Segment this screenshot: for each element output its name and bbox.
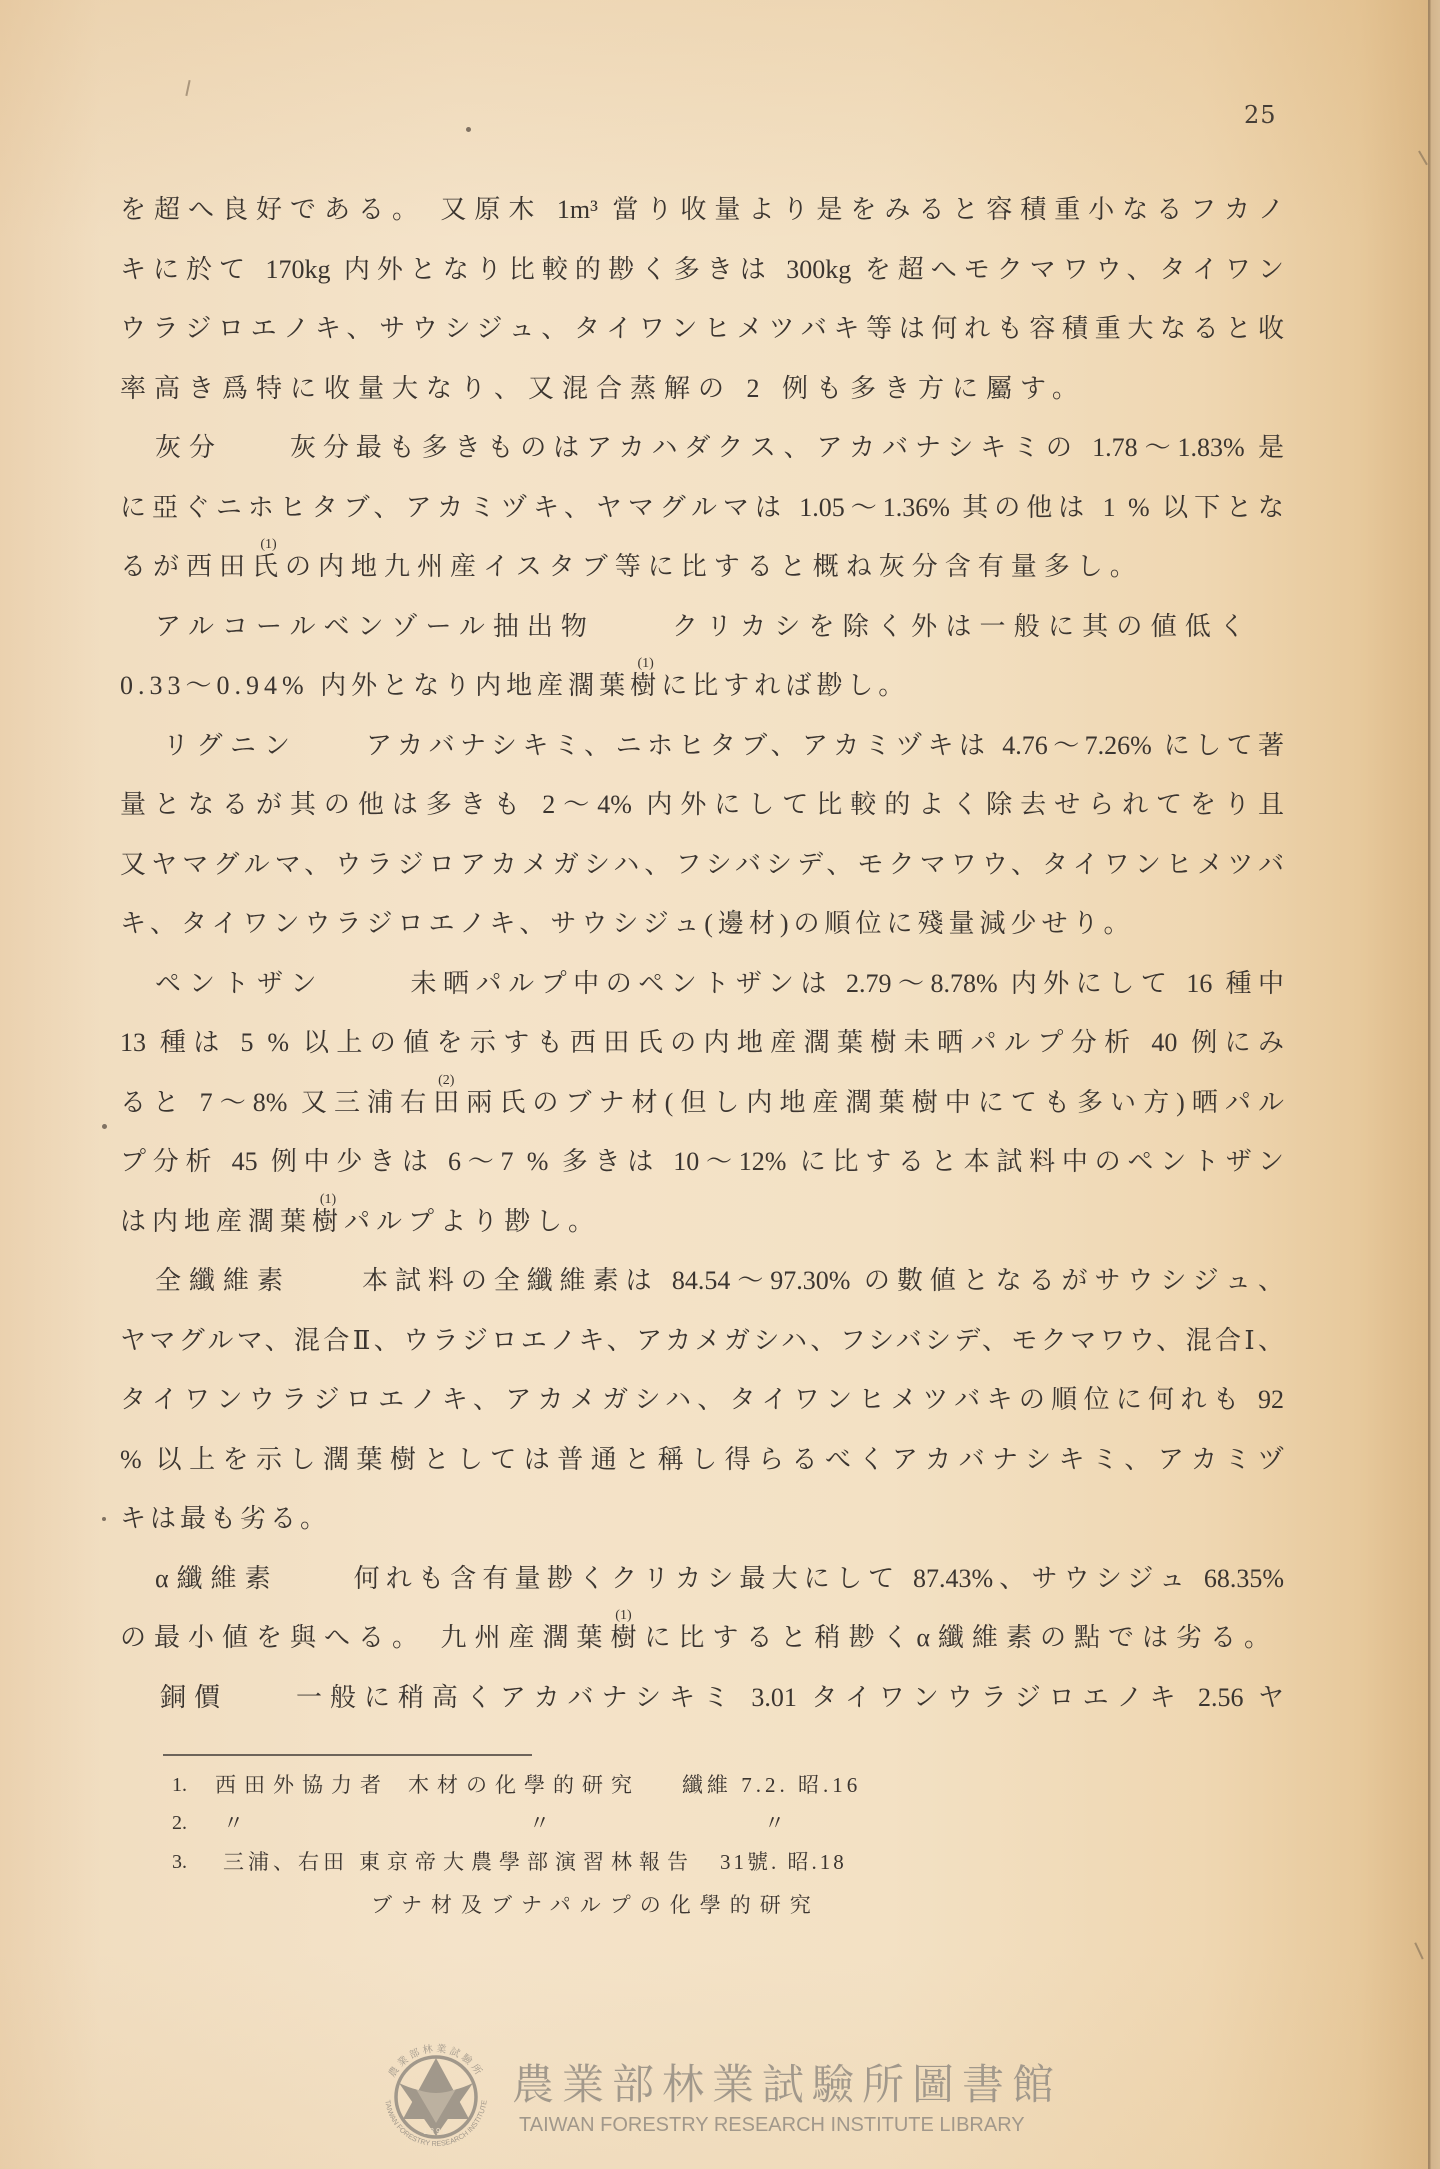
footnote-item: 3. 三浦、右田 東京帝大農學部演習林報告 31號. 昭.18 <box>0 1847 1440 1877</box>
footnote-reference: 樹(1) <box>312 1207 344 1236</box>
body-line: るが西田氏(1)の内地九州産イスタブ等に比すると概ね灰分含有量多し。 <box>120 537 1284 597</box>
body-line: 灰分 灰分最も多きものはアカハダクス、アカバナシキミの 1.78〜1.83% 是 <box>120 418 1284 478</box>
footnote-item-continuation: ブナ材及ブナパルプの化學的研究 <box>0 1890 1440 1920</box>
footnote-number: 2. <box>172 1808 187 1838</box>
body-line: 又ヤマグルマ、ウラジロアカメガシハ、フシバシデ、モクマワウ、タイワンヒメツバ <box>120 835 1284 895</box>
body-line-text: の最小値を與へる。 九州産濶葉 <box>120 1623 610 1652</box>
footnote-title: 東京帝大農學部演習林報告 <box>359 1847 695 1877</box>
reference-number: (1) <box>252 537 285 552</box>
library-name-chinese: 農業部林業試驗所圖書館 <box>512 2060 1062 2110</box>
body-line: に亞ぐニホヒタブ、アカミヅキ、ヤマグルマは 1.05〜1.36% 其の他は 1 … <box>120 478 1284 538</box>
body-line: アルコールベンゾール抽出物 クリカシを除く外は一般に其の値低く <box>120 597 1284 657</box>
reference-base: 氏 <box>252 552 285 581</box>
body-line: を超へ良好である。 又原木 1m³ 當り收量より是をみると容積重小なるフカノ <box>120 180 1284 240</box>
body-line-text: 未晒パルプ中のペントザンは 2.79〜8.78% 内外にして 16 種中 <box>410 954 1284 1014</box>
body-line: 0.33〜0.94% 内外となり内地産濶葉樹(1)に比すれば尠し。 <box>120 656 1284 716</box>
ditto-mark: 〃 <box>764 1808 793 1838</box>
body-line-text: 何れも含有量尠くクリカシ最大にして 87.43%、サウシジュ 68.35% <box>354 1549 1284 1609</box>
body-line: % 以上を示し濶葉樹としては普通と稱し得らるべくアカバナシキミ、アカミヅ <box>120 1430 1284 1490</box>
body-line-text: 兩氏のブナ材(但し内地産濶葉樹中にても多い方)晒パル <box>466 1088 1284 1117</box>
footnote-reference: 田(2) <box>433 1088 466 1117</box>
footnote-author: 西田外協力者 <box>215 1770 389 1800</box>
section-term: ペントザン <box>155 954 324 1014</box>
body-line: キは最も劣る。 <box>120 1489 1284 1549</box>
footnote-source: 纖維 7.2. 昭.16 <box>682 1770 861 1800</box>
reference-base: 樹 <box>630 671 661 700</box>
body-line-text: は内地産濶葉 <box>120 1207 312 1236</box>
body-line-text: 0.33〜0.94% 内外となり内地産濶葉 <box>120 671 630 700</box>
reference-base: 樹 <box>312 1207 344 1236</box>
body-line: 13 種は 5 % 以上の値を示すも西田氏の内地産濶葉樹未晒パルプ分析 40 例… <box>120 1013 1284 1073</box>
page-number: 25 <box>1244 100 1277 130</box>
body-line: 量となるが其の他は多きも 2〜4% 内外にして比較的よく除去せられてをり且 <box>120 775 1284 835</box>
section-term: 灰分 <box>155 418 223 478</box>
body-line-text: るが西田 <box>120 552 252 581</box>
section-term: リグニン <box>163 716 298 776</box>
footnote-subtitle: ブナ材及ブナパルプの化學的研究 <box>371 1890 820 1920</box>
body-line: ペントザン 未晒パルプ中のペントザンは 2.79〜8.78% 内外にして 16 … <box>120 954 1284 1014</box>
body-line: α纖維素 何れも含有量尠くクリカシ最大にして 87.43%、サウシジュ 68.3… <box>120 1549 1284 1609</box>
body-line-text: 灰分最も多きものはアカハダクス、アカバナシキミの 1.78〜1.83% 是 <box>290 418 1284 478</box>
footnote-reference: 氏(1) <box>252 552 285 581</box>
page-edge <box>1428 0 1440 2169</box>
section-term: 全纖維素 <box>155 1251 291 1311</box>
footnote-reference: 樹(1) <box>630 671 661 700</box>
footnote-source: 31號. 昭.18 <box>720 1847 847 1877</box>
body-line: ウラジロエノキ、サウシジュ、タイワンヒメツバキ等は何れも容積重大なると收 <box>120 299 1284 359</box>
body-line-text: クリカシを除く外は一般に其の値低く <box>672 597 1284 657</box>
reference-base: 田 <box>433 1088 466 1117</box>
reference-number: (2) <box>433 1073 459 1088</box>
reference-number: (1) <box>312 1192 344 1207</box>
body-line: 銅價 一般に稍高くアカバナシキミ 3.01 タイワンウラジロエノキ 2.56 ヤ <box>120 1668 1284 1728</box>
body-line: キに於て 170kg 内外となり比較的尠く多きは 300kg を超へモクマワウ、… <box>120 240 1284 300</box>
body-line: は内地産濶葉樹(1)パルプより尠し。 <box>120 1192 1284 1252</box>
footnote-number: 1. <box>172 1770 187 1800</box>
body-line-text: ると 7〜8% 又三浦右 <box>120 1088 433 1117</box>
footnote-item: 1. 西田外協力者 木材の化學的研究 纖維 7.2. 昭.16 <box>0 1770 1440 1800</box>
footnote-title: 木材の化學的研究 <box>408 1770 640 1800</box>
section-term: 銅價 <box>160 1668 228 1728</box>
body-line-text: の内地九州産イスタブ等に比すると概ね灰分含有量多し。 <box>285 552 1143 581</box>
body-line-text: に比すると稍尠くα纖維素の點では劣る。 <box>644 1623 1270 1652</box>
body-line: の最小値を與へる。 九州産濶葉樹(1)に比すると稍尠くα纖維素の點では劣る。 <box>120 1608 1284 1668</box>
body-line-text: 本試料の全纖維素は 84.54〜97.30% の數値となるがサウシジュ、 <box>362 1251 1284 1311</box>
footnote-number: 3. <box>172 1847 187 1877</box>
footnote-item: 2. 〃 〃 〃 <box>0 1808 1440 1838</box>
section-term: アルコールベンゾール抽出物 <box>155 597 595 657</box>
body-line: タイワンウラジロエノキ、アカメガシハ、タイワンヒメツバキの順位に何れも 92 <box>120 1370 1284 1430</box>
footnote-reference: 樹(1) <box>610 1623 644 1652</box>
logo-year: 1896 <box>423 2127 449 2136</box>
body-line: 全纖維素 本試料の全纖維素は 84.54〜97.30% の數値となるがサウシジュ… <box>120 1251 1284 1311</box>
footnote-divider <box>163 1754 532 1756</box>
footnote-author: 三浦、右田 <box>223 1847 348 1877</box>
body-line: リグニン アカバナシキミ、ニホヒタブ、アカミヅキは 4.76〜7.26% にして… <box>120 716 1284 776</box>
library-name-english: TAIWAN FORESTRY RESEARCH INSTITUTE LIBRA… <box>519 2113 1025 2137</box>
body-line-text: パルプより尠し。 <box>344 1207 600 1236</box>
paper-speck <box>102 1517 106 1521</box>
body-line-text: 一般に稍高くアカバナシキミ 3.01 タイワンウラジロエノキ 2.56 ヤ <box>296 1668 1284 1728</box>
reference-number: (1) <box>610 1608 636 1623</box>
ditto-mark: 〃 <box>223 1808 252 1838</box>
body-line: プ分析 45 例中少きは 6〜7 % 多きは 10〜12% に比すると本試料中の… <box>120 1132 1284 1192</box>
reference-number: (1) <box>630 656 661 671</box>
body-line: キ、タイワンウラジロエノキ、サウシジュ(邊材)の順位に殘量減少せり。 <box>120 894 1284 954</box>
library-logo-icon: 農業部林業試驗所 TAIWAN FORESTRY RESEARCH INSTIT… <box>376 2037 496 2157</box>
section-term: α纖維素 <box>155 1549 279 1609</box>
body-line: ると 7〜8% 又三浦右田(2)兩氏のブナ材(但し内地産濶葉樹中にても多い方)晒… <box>120 1073 1284 1133</box>
body-line-text: に比すれば尠し。 <box>661 671 909 700</box>
ditto-mark: 〃 <box>529 1808 558 1838</box>
reference-base: 樹 <box>610 1623 644 1652</box>
body-text: を超へ良好である。 又原木 1m³ 當り收量より是をみると容積重小なるフカノ キ… <box>120 180 1284 1727</box>
body-line: ヤマグルマ、混合Ⅱ、ウラジロエノキ、アカメガシハ、フシバシデ、モクマワウ、混合Ⅰ… <box>120 1311 1284 1371</box>
body-line-text: アカバナシキミ、ニホヒタブ、アカミヅキは 4.76〜7.26% にして著 <box>366 716 1284 776</box>
paper-speck <box>466 127 471 132</box>
body-line: 率高き爲特に收量大なり、又混合蒸解の 2 例も多き方に屬す。 <box>120 359 1284 419</box>
paper-speck <box>102 1124 107 1129</box>
